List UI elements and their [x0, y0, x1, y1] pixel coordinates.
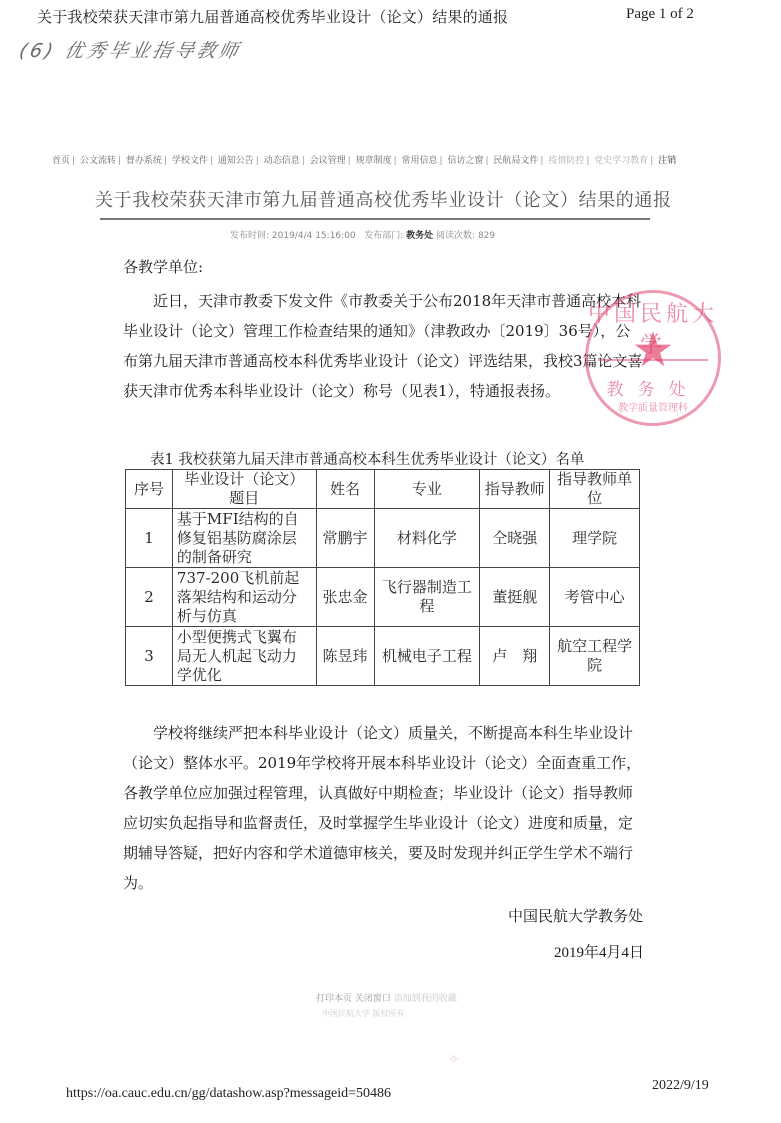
cell-name: 张忠金 [316, 568, 374, 627]
print-header-page-number: Page 1 of 2 [626, 6, 694, 23]
nav-separator: | [348, 156, 351, 166]
header-advisor: 指导教师 [480, 470, 550, 509]
cell-index: 2 [126, 568, 173, 627]
nav-separator: | [394, 156, 397, 166]
cell-thesis-title: 737-200飞机前起落架结构和运动分析与仿真 [172, 568, 316, 627]
faint-stamp-mark: ✧ [448, 1052, 466, 1074]
nav-separator: | [485, 156, 488, 166]
cell-advisor-unit: 考管中心 [550, 568, 640, 627]
seal-section-name: 教学质量管理科 [588, 399, 718, 414]
nav-separator: | [164, 156, 167, 166]
nav-separator: | [72, 156, 75, 166]
copyright: 中国民航大学 版权所有 [322, 1008, 405, 1019]
paragraph-announcement: 近日，天津市教委下发文件《市教委关于公布2018年天津市普通高校本科毕业设计（论… [123, 286, 643, 406]
cell-index: 3 [126, 627, 173, 686]
cell-advisor-unit: 理学院 [550, 509, 640, 568]
cell-advisor: 卢 翔 [480, 627, 550, 686]
nav-separator: | [118, 156, 121, 166]
nav-item-school-files[interactable]: 学校文件 [172, 156, 208, 166]
nav-item-regulations[interactable]: 规章制度 [356, 156, 392, 166]
cell-major: 材料化学 [374, 509, 480, 568]
header-major: 专业 [374, 470, 480, 509]
nav-item-logout[interactable]: 注销 [658, 156, 676, 166]
table-row: 3 小型便携式飞翼布局无人机起飞动力学优化 陈昱玮 机械电子工程 卢 翔 航空工… [126, 627, 640, 686]
signature-date: 2019年4月4日 [554, 941, 644, 962]
cell-index: 1 [126, 509, 173, 568]
department: 教务处 [406, 231, 433, 241]
paragraph-requirements: 学校将继续严把本科毕业设计（论文）质量关，不断提高本科生毕业设计（论文）整体水平… [123, 718, 643, 898]
nav-item-home[interactable]: 首页 [52, 156, 70, 166]
cell-major: 机械电子工程 [374, 627, 480, 686]
handwritten-note: (6) 优秀毕业指导教师 [17, 36, 244, 63]
top-navigation-bar: 首页| 公文流转| 督办系统| 学校文件| 通知公告| 动态信息| 会议管理| … [52, 153, 722, 166]
nav-separator: | [256, 156, 259, 166]
nav-item-document-flow[interactable]: 公文流转 [80, 156, 116, 166]
print-footer-url: https://oa.cauc.edu.cn/gg/datashow.asp?m… [66, 1086, 391, 1102]
cell-thesis-title: 基于MFI结构的自修复铝基防腐涂层的制备研究 [172, 509, 316, 568]
title-divider [100, 218, 650, 220]
nav-separator: | [440, 156, 443, 166]
nav-separator: | [650, 156, 653, 166]
print-footer-date: 2022/9/19 [652, 1078, 709, 1094]
cell-name: 陈昱玮 [316, 627, 374, 686]
page-actions: 打印本页 关闭窗口 添加到我的收藏 [316, 991, 457, 1004]
nav-item-epidemic[interactable]: 疫情防控 [548, 156, 584, 166]
header-name: 姓名 [316, 470, 374, 509]
department-label: 发布部门: [364, 231, 403, 241]
article-title: 关于我校荣获天津市第九届普通高校优秀毕业设计（论文）结果的通报 [95, 186, 672, 212]
publish-time-label: 发布时间: [230, 231, 269, 241]
cell-advisor-unit: 航空工程学院 [550, 627, 640, 686]
table-header-row: 序号 毕业设计（论文）题目 姓名 专业 指导教师 指导教师单位 [126, 470, 640, 509]
cell-thesis-title: 小型便携式飞翼布局无人机起飞动力学优化 [172, 627, 316, 686]
awards-table: 序号 毕业设计（论文）题目 姓名 专业 指导教师 指导教师单位 1 基于MFI结… [125, 469, 640, 686]
view-count: 829 [478, 231, 495, 241]
table-row: 2 737-200飞机前起落架结构和运动分析与仿真 张忠金 飞行器制造工程 董挺… [126, 568, 640, 627]
article-meta: 发布时间: 2019/4/4 15:16:00 发布部门: 教务处 阅读次数: … [230, 228, 495, 241]
close-window-link[interactable]: 关闭窗口 [355, 994, 391, 1004]
nav-separator: | [540, 156, 543, 166]
header-index: 序号 [126, 470, 173, 509]
nav-item-supervision[interactable]: 督办系统 [126, 156, 162, 166]
nav-item-caac-files[interactable]: 民航局文件 [493, 156, 538, 166]
add-favorite-link[interactable]: 添加到我的收藏 [394, 994, 457, 1004]
nav-separator: | [210, 156, 213, 166]
signature: 中国民航大学教务处 [508, 905, 643, 926]
nav-item-news[interactable]: 动态信息 [264, 156, 300, 166]
nav-item-notices[interactable]: 通知公告 [218, 156, 254, 166]
cell-advisor: 仝晓强 [480, 509, 550, 568]
publish-time: 2019/4/4 15:16:00 [272, 231, 356, 241]
salutation: 各教学单位: [123, 252, 203, 282]
views-label: 阅读次数: [436, 231, 475, 241]
cell-advisor: 董挺舰 [480, 568, 550, 627]
nav-item-meetings[interactable]: 会议管理 [310, 156, 346, 166]
nav-item-petition[interactable]: 信访之窗 [447, 156, 483, 166]
nav-item-party-history[interactable]: 党史学习教育 [594, 156, 648, 166]
cell-name: 常鹏宇 [316, 509, 374, 568]
official-seal: 中国民航大学 ★ 教务处 教学质量管理科 [585, 290, 721, 426]
table-row: 1 基于MFI结构的自修复铝基防腐涂层的制备研究 常鹏宇 材料化学 仝晓强 理学… [126, 509, 640, 568]
nav-separator: | [586, 156, 589, 166]
print-header-title: 关于我校荣获天津市第九届普通高校优秀毕业设计（论文）结果的通报 [37, 6, 508, 27]
nav-item-common-info[interactable]: 常用信息 [402, 156, 438, 166]
header-advisor-unit: 指导教师单位 [550, 470, 640, 509]
table-caption: 表1 我校获第九届天津市普通高校本科生优秀毕业设计（论文）名单 [150, 448, 584, 469]
cell-major: 飞行器制造工程 [374, 568, 480, 627]
header-thesis-title: 毕业设计（论文）题目 [172, 470, 316, 509]
seal-office-name: 教务处 [588, 375, 718, 400]
print-page-link[interactable]: 打印本页 [316, 994, 352, 1004]
nav-separator: | [302, 156, 305, 166]
star-icon: ★ [626, 323, 680, 377]
